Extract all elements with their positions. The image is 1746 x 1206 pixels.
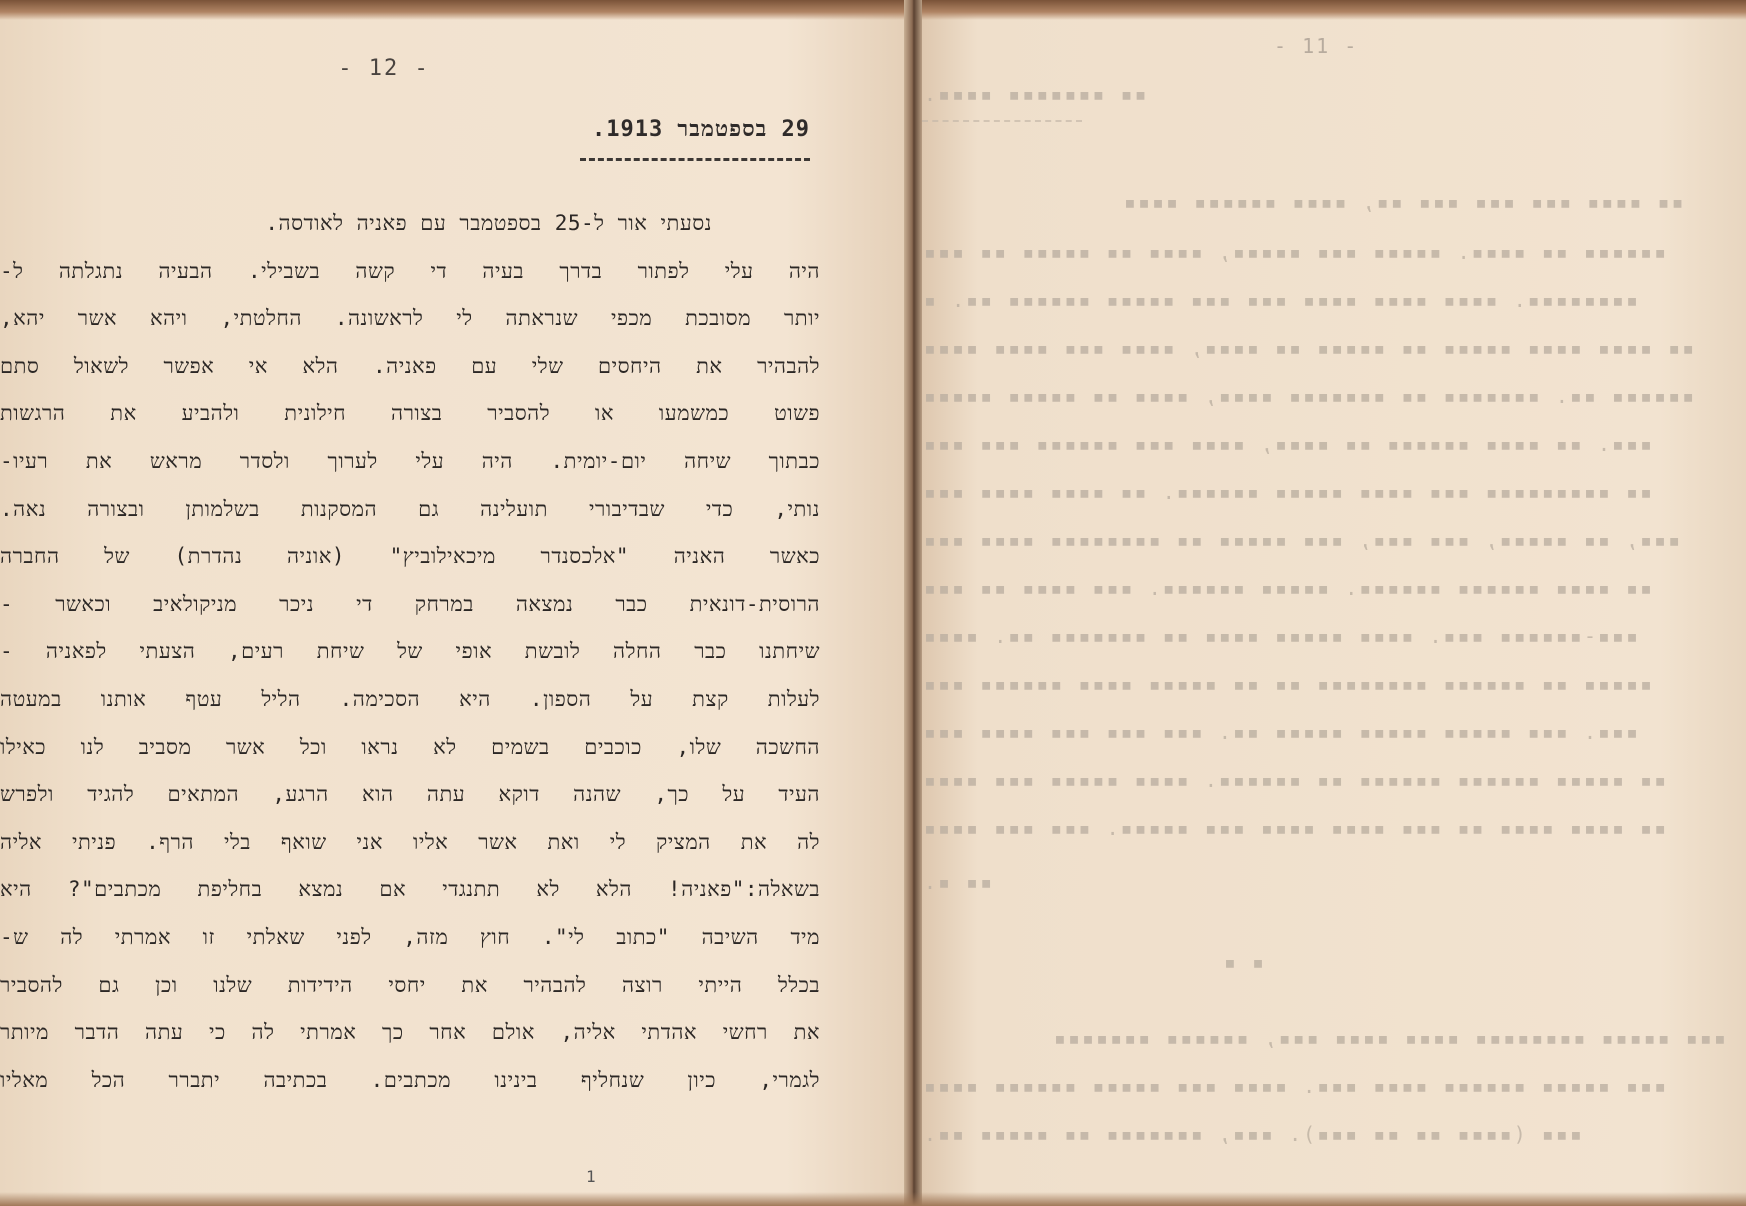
show-through-text: ▪▪ ▪▪▪▪ ▪▪▪▪ ▪▪▪▪▪ ▪▪ ▪▪▪▪▪ ▪▪ ▪▪▪▪, ▪▪▪…	[922, 336, 1694, 360]
text-line: להבהיר את היחסים שלי עם פאניה. הלא אי אפ…	[0, 343, 820, 391]
show-through-text: ▪▪▪-▪▪▪▪▪▪ ▪▪▪. ▪▪▪▪ ▪▪▪▪▪ ▪▪▪▪ ▪▪ ▪▪▪▪▪…	[922, 624, 1638, 648]
show-through-text: ▪▪ ▪▪▪▪ ▪▪▪▪▪▪ ▪▪▪▪▪▪. ▪▪▪▪▪ ▪▪▪▪▪▪. ▪▪▪…	[922, 576, 1652, 600]
text-line: שיחתנו כבר החלה לובשת אופי של שיחת רעים,…	[0, 628, 820, 676]
page-number: - 12 -	[0, 56, 836, 81]
text-line: לעלות קצת על הספון. היא הסכימה. הליל עטף…	[0, 676, 820, 724]
show-through-text: ▪▪▪ (▪▪▪▪ ▪▪ ▪▪ ▪▪▪). ▪▪▪, ▪▪▪▪▪▪▪ ▪▪ ▪▪…	[922, 1122, 1582, 1146]
footer-mark: 1	[586, 1167, 596, 1186]
text-line: היה עלי לפתור בדרך בעיה די קשה בשבילי. ה…	[0, 248, 820, 296]
left-page: - 12 - 29 בספטמבר 1913. נסעתי אור ל-25 ב…	[0, 20, 904, 1192]
text-line: פשוט כמשמעו או להסביר בצורה חילונית ולהב…	[0, 390, 820, 438]
show-through-text: ▪▪ ▪▪▪▪ ▪▪▪▪ ▪▪ ▪▪▪ ▪▪▪▪ ▪▪▪▪ ▪▪▪ ▪▪▪▪▪.…	[922, 816, 1666, 840]
book-bottom-edge	[0, 1192, 1746, 1206]
text-line: נותי, כדי שבדיבורי תועלינה גם המסקנות בש…	[0, 486, 820, 534]
text-line: הרוסית-דונאית כבר נמצאה במרחק די ניכר מנ…	[0, 581, 820, 629]
show-through-text: ▪▪▪▪▪▪▪▪. ▪▪▪▪ ▪▪▪▪ ▪▪▪▪ ▪▪▪ ▪▪▪ ▪▪▪▪▪ ▪…	[922, 288, 1638, 312]
show-through-text: ▪▪ ▪▪▪▪ ▪▪▪ ▪▪▪ ▪▪▪ ▪▪, ▪▪▪▪ ▪▪▪▪▪▪ ▪▪▪▪	[1122, 190, 1684, 214]
text-line: כבתוך שיחה יום-יומית. היה עלי לערוך ולסד…	[0, 438, 820, 486]
show-through-rule	[922, 120, 1082, 122]
show-through-text: ▪▪▪▪▪▪ ▪▪ ▪▪▪▪. ▪▪▪▪▪ ▪▪▪ ▪▪▪▪▪, ▪▪▪▪ ▪▪…	[922, 240, 1666, 264]
show-through-text: ▪▪▪. ▪▪▪ ▪▪▪▪▪ ▪▪▪▪▪ ▪▪▪▪▪ ▪▪. ▪▪▪ ▪▪▪ ▪…	[922, 720, 1638, 744]
book-gutter	[904, 0, 922, 1206]
show-through-text: ▪▪▪, ▪▪ ▪▪▪▪▪, ▪▪▪ ▪▪▪, ▪▪▪ ▪▪▪▪▪ ▪▪ ▪▪▪…	[922, 528, 1680, 552]
text-line: העיד על כך, שהנה דוקא עתה הוא הרגע, המתא…	[0, 771, 820, 819]
date-underline	[580, 158, 810, 161]
book-top-edge	[0, 0, 1746, 20]
show-through-text: ▪▪▪. ▪▪ ▪▪▪▪ ▪▪▪▪▪▪ ▪▪ ▪▪▪▪, ▪▪▪▪ ▪▪▪ ▪▪…	[922, 432, 1652, 456]
text-line: לגמרי, כיון שנחליף בינינו מכתבים. בכתיבה…	[0, 1057, 820, 1105]
text-line: מיד השיבה "כתוב לי". חוץ מזה, לפני שאלתי…	[0, 914, 820, 962]
text-line: החשכה שלו, כוכבים בשמים לא נראו וכל אשר …	[0, 724, 820, 772]
show-through-text: ▪ ▪	[1222, 950, 1264, 974]
open-book-spread: - 12 - 29 בספטמבר 1913. נסעתי אור ל-25 ב…	[0, 0, 1746, 1206]
show-through-text: ▪▪ ▪.	[922, 870, 992, 894]
text-line: כאשר האניה "אלכסנדר מיכאילוביץ" (אוניה נ…	[0, 533, 820, 581]
text-line: את רחשי אהדתי אליה, אולם אחר כך אמרתי לה…	[0, 1009, 820, 1057]
show-through-text: ▪▪ ▪▪▪▪▪▪▪ ▪▪▪▪.	[922, 82, 1147, 106]
date-heading: 29 בספטמבר 1913.	[592, 116, 810, 142]
show-through-text: ▪▪▪ ▪▪▪▪▪ ▪▪▪▪▪▪ ▪▪▪▪ ▪▪▪. ▪▪▪▪ ▪▪▪ ▪▪▪▪…	[922, 1074, 1666, 1098]
page-number: - 11 -	[1274, 34, 1358, 58]
right-page: - 11 - ▪▪ ▪▪▪▪▪▪▪ ▪▪▪▪. ▪▪ ▪▪▪▪ ▪▪▪ ▪▪▪ …	[922, 20, 1746, 1192]
text-line: יותר מסובכת מכפי שנראתה לי לראשונה. החלט…	[0, 295, 820, 343]
show-through-text: ▪▪▪ ▪▪▪▪▪ ▪▪▪▪▪▪▪▪ ▪▪▪▪ ▪▪▪▪ ▪▪▪, ▪▪▪▪▪▪…	[1052, 1026, 1726, 1050]
show-through-text: ▪▪▪▪▪ ▪▪ ▪▪▪▪▪▪ ▪▪▪▪▪▪▪▪ ▪▪ ▪▪ ▪▪▪▪▪ ▪▪▪…	[922, 672, 1652, 696]
diary-body-text: נסעתי אור ל-25 בספטמבר עם פאניה לאודסה. …	[0, 200, 820, 1104]
show-through-text: ▪▪ ▪▪▪▪▪ ▪▪▪▪▪▪ ▪▪▪▪▪▪ ▪▪ ▪▪▪▪▪▪. ▪▪▪▪ ▪…	[922, 768, 1666, 792]
text-line: נסעתי אור ל-25 בספטמבר עם פאניה לאודסה.	[0, 200, 820, 248]
text-line: לה את המציק לי ואת אשר אליו אני שואף בלי…	[0, 819, 820, 867]
text-line: בשאלה:"פאניה! הלא לא תתנגדי אם נמצא בחלי…	[0, 866, 820, 914]
text-line: בכלל הייתי רוצה להבהיר את יחסי הידידות ש…	[0, 962, 820, 1010]
show-through-text: ▪▪ ▪▪▪▪▪▪▪▪▪ ▪▪▪ ▪▪▪▪ ▪▪▪▪▪ ▪▪▪▪▪▪. ▪▪ ▪…	[922, 480, 1652, 504]
show-through-text: ▪▪▪▪▪▪ ▪▪. ▪▪▪▪▪▪▪ ▪▪ ▪▪▪▪▪▪▪ ▪▪▪▪, ▪▪▪▪…	[922, 384, 1694, 408]
